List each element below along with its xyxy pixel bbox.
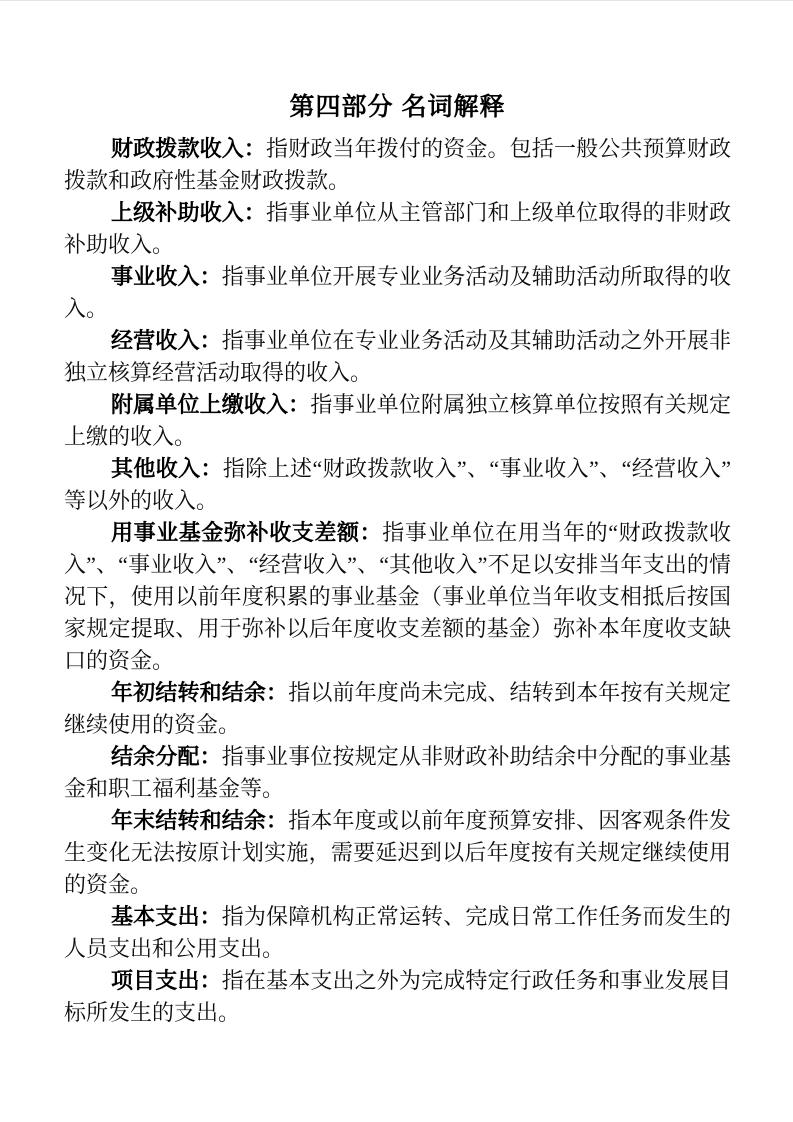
term-colon: ： bbox=[288, 392, 310, 417]
term-colon: ： bbox=[266, 680, 288, 705]
term-colon: ： bbox=[200, 904, 222, 929]
definition-paragraph: 年末结转和结余：指本年度或以前年度预算安排、因客观条件发生变化无法按原计划实施，… bbox=[64, 805, 731, 901]
definitions-list: 财政拨款收入：指财政当年拨付的资金。包括一般公共预算财政拨款和政府性基金财政拨款… bbox=[64, 133, 731, 1029]
definition-paragraph: 年初结转和结余：指以前年度尚未完成、结转到本年按有关规定继续使用的资金。 bbox=[64, 677, 731, 741]
definition-paragraph: 经营收入：指事业单位在专业业务活动及其辅助活动之外开展非独立核算经营活动取得的收… bbox=[64, 325, 731, 389]
term-label: 结余分配 bbox=[111, 744, 200, 769]
term-label: 经营收入 bbox=[111, 328, 200, 353]
definition-paragraph: 结余分配：指事业事位按规定从非财政补助结余中分配的事业基金和职工福利基金等。 bbox=[64, 741, 731, 805]
term-label: 事业收入 bbox=[111, 264, 200, 289]
definition-paragraph: 基本支出：指为保障机构正常运转、完成日常工作任务而发生的人员支出和公用支出。 bbox=[64, 901, 731, 965]
term-colon: ： bbox=[360, 520, 383, 545]
term-label: 年初结转和结余 bbox=[111, 680, 266, 705]
definition-paragraph: 事业收入：指事业单位开展专业业务活动及辅助活动所取得的收入。 bbox=[64, 261, 731, 325]
definition-paragraph: 上级补助收入：指事业单位从主管部门和上级单位取得的非财政补助收入。 bbox=[64, 197, 731, 261]
term-colon: ： bbox=[244, 200, 266, 225]
term-colon: ： bbox=[200, 968, 222, 993]
term-label: 上级补助收入 bbox=[111, 200, 244, 225]
page-title: 第四部分 名词解释 bbox=[64, 92, 731, 122]
term-colon: ： bbox=[244, 136, 266, 161]
term-colon: ： bbox=[200, 264, 222, 289]
definition-paragraph: 其他收入：指除上述“财政拨款收入”、“事业收入”、“经营收入”等以外的收入。 bbox=[64, 453, 731, 517]
definition-paragraph: 财政拨款收入：指财政当年拨付的资金。包括一般公共预算财政拨款和政府性基金财政拨款… bbox=[64, 133, 731, 197]
definition-paragraph: 附属单位上缴收入：指事业单位附属独立核算单位按照有关规定上缴的收入。 bbox=[64, 389, 731, 453]
term-label: 基本支出 bbox=[111, 904, 200, 929]
definition-paragraph: 项目支出：指在基本支出之外为完成特定行政任务和事业发展目标所发生的支出。 bbox=[64, 965, 731, 1029]
term-label: 附属单位上缴收入 bbox=[111, 392, 288, 417]
term-colon: ： bbox=[266, 808, 288, 833]
definition-paragraph: 用事业基金弥补收支差额：指事业单位在用当年的“财政拨款收入”、“事业收入”、“经… bbox=[64, 517, 731, 677]
term-label: 财政拨款收入 bbox=[111, 136, 244, 161]
term-colon: ： bbox=[201, 456, 223, 481]
term-colon: ： bbox=[200, 328, 222, 353]
term-colon: ： bbox=[200, 744, 222, 769]
term-label: 其他收入 bbox=[111, 456, 201, 481]
term-label: 项目支出 bbox=[111, 968, 200, 993]
term-label: 年末结转和结余 bbox=[111, 808, 266, 833]
term-label: 用事业基金弥补收支差额 bbox=[111, 520, 360, 545]
document-page: 第四部分 名词解释 财政拨款收入：指财政当年拨付的资金。包括一般公共预算财政拨款… bbox=[0, 0, 793, 1122]
